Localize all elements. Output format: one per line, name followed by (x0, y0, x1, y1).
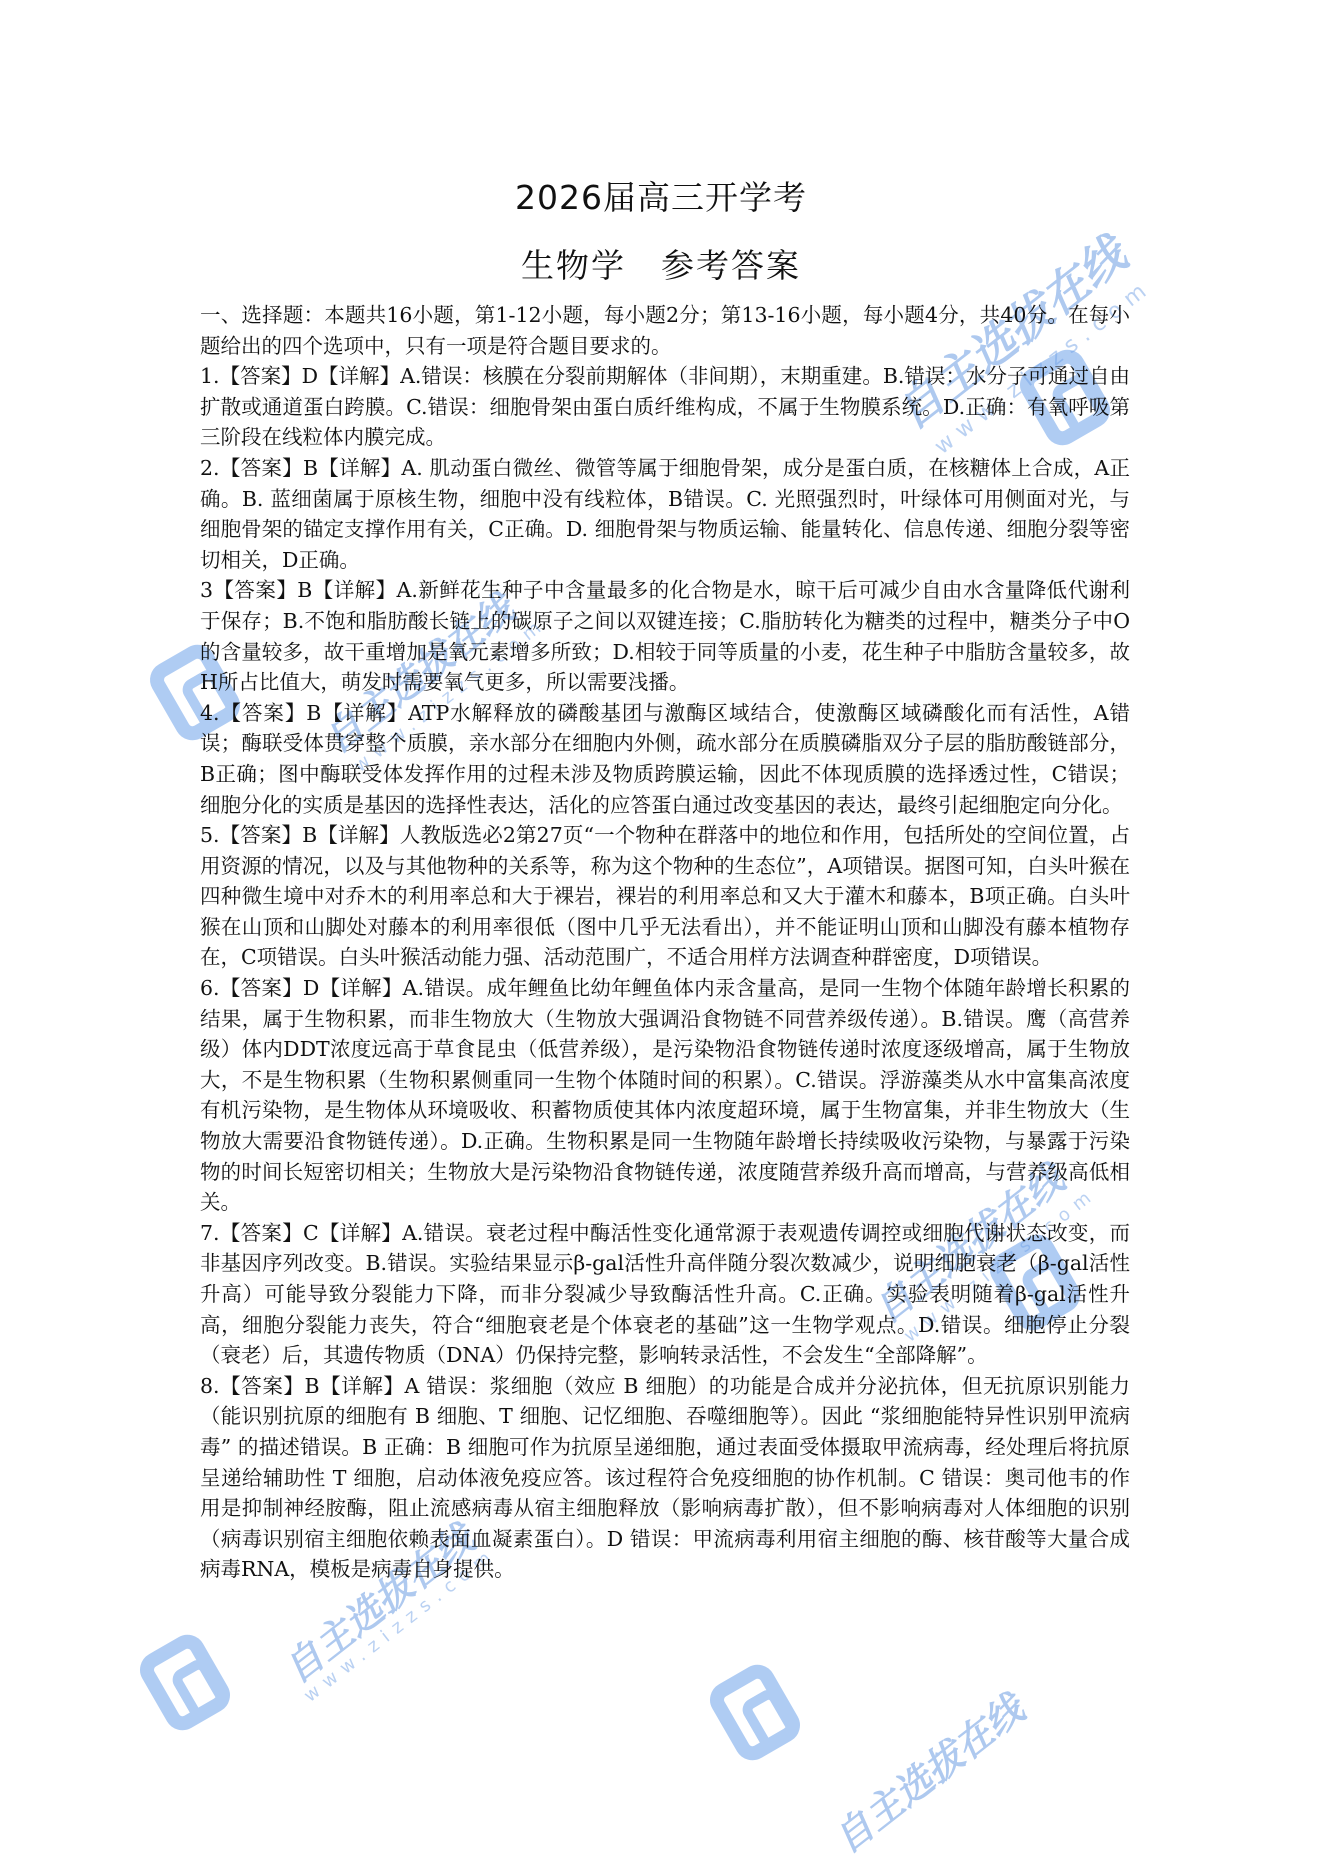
document-subtitle: 生物学 参考答案 (0, 240, 1322, 287)
watermark-logo-icon (133, 1628, 236, 1737)
answer-item-6: 6.【答案】D【详解】A.错误。成年鲤鱼比幼年鲤鱼体内汞含量高，是同一生物个体随… (200, 973, 1130, 1218)
answer-item-4: 4.【答案】B【详解】ATP水解释放的磷酸基团与激酶区域结合，使激酶区域磷酸化而… (200, 698, 1130, 820)
watermark-logo-icon (703, 1658, 806, 1767)
answer-item-8: 8.【答案】B【详解】A 错误：浆细胞（效应 B 细胞）的功能是合成并分泌抗体，… (200, 1371, 1130, 1585)
answer-item-3: 3【答案】B【详解】A.新鲜花生种子中含量最多的化合物是水，晾干后可减少自由水含… (200, 575, 1130, 697)
document-page: 自主选拔在线 www.zizzs.com 自主选拔在线 www.zizzs.co… (0, 0, 1322, 1871)
document-title: 2026届高三开学考 (0, 172, 1322, 219)
answer-item-2: 2.【答案】B【详解】A. 肌动蛋白微丝、微管等属于细胞骨架，成分是蛋白质，在核… (200, 453, 1130, 575)
watermark-brand-bottom-right: 自主选拔在线 (820, 1820, 1048, 1871)
answer-item-7: 7.【答案】C【详解】A.错误。衰老过程中酶活性变化通常源于表观遗传调控或细胞代… (200, 1218, 1130, 1371)
answer-item-5: 5.【答案】B【详解】人教版选必2第27页“一个物种在群落中的地位和作用，包括所… (200, 820, 1130, 973)
watermark-brand-bottom-left: 自主选拔在线 (270, 1650, 498, 1705)
section-intro: 一、选择题：本题共16小题，第1-12小题，每小题2分；第13-16小题，每小题… (200, 300, 1130, 361)
answer-item-1: 1.【答案】D【详解】A.错误：核膜在分裂前期解体（非间期），末期重建。B.错误… (200, 361, 1130, 453)
answer-body: 一、选择题：本题共16小题，第1-12小题，每小题2分；第13-16小题，每小题… (200, 300, 1130, 1585)
